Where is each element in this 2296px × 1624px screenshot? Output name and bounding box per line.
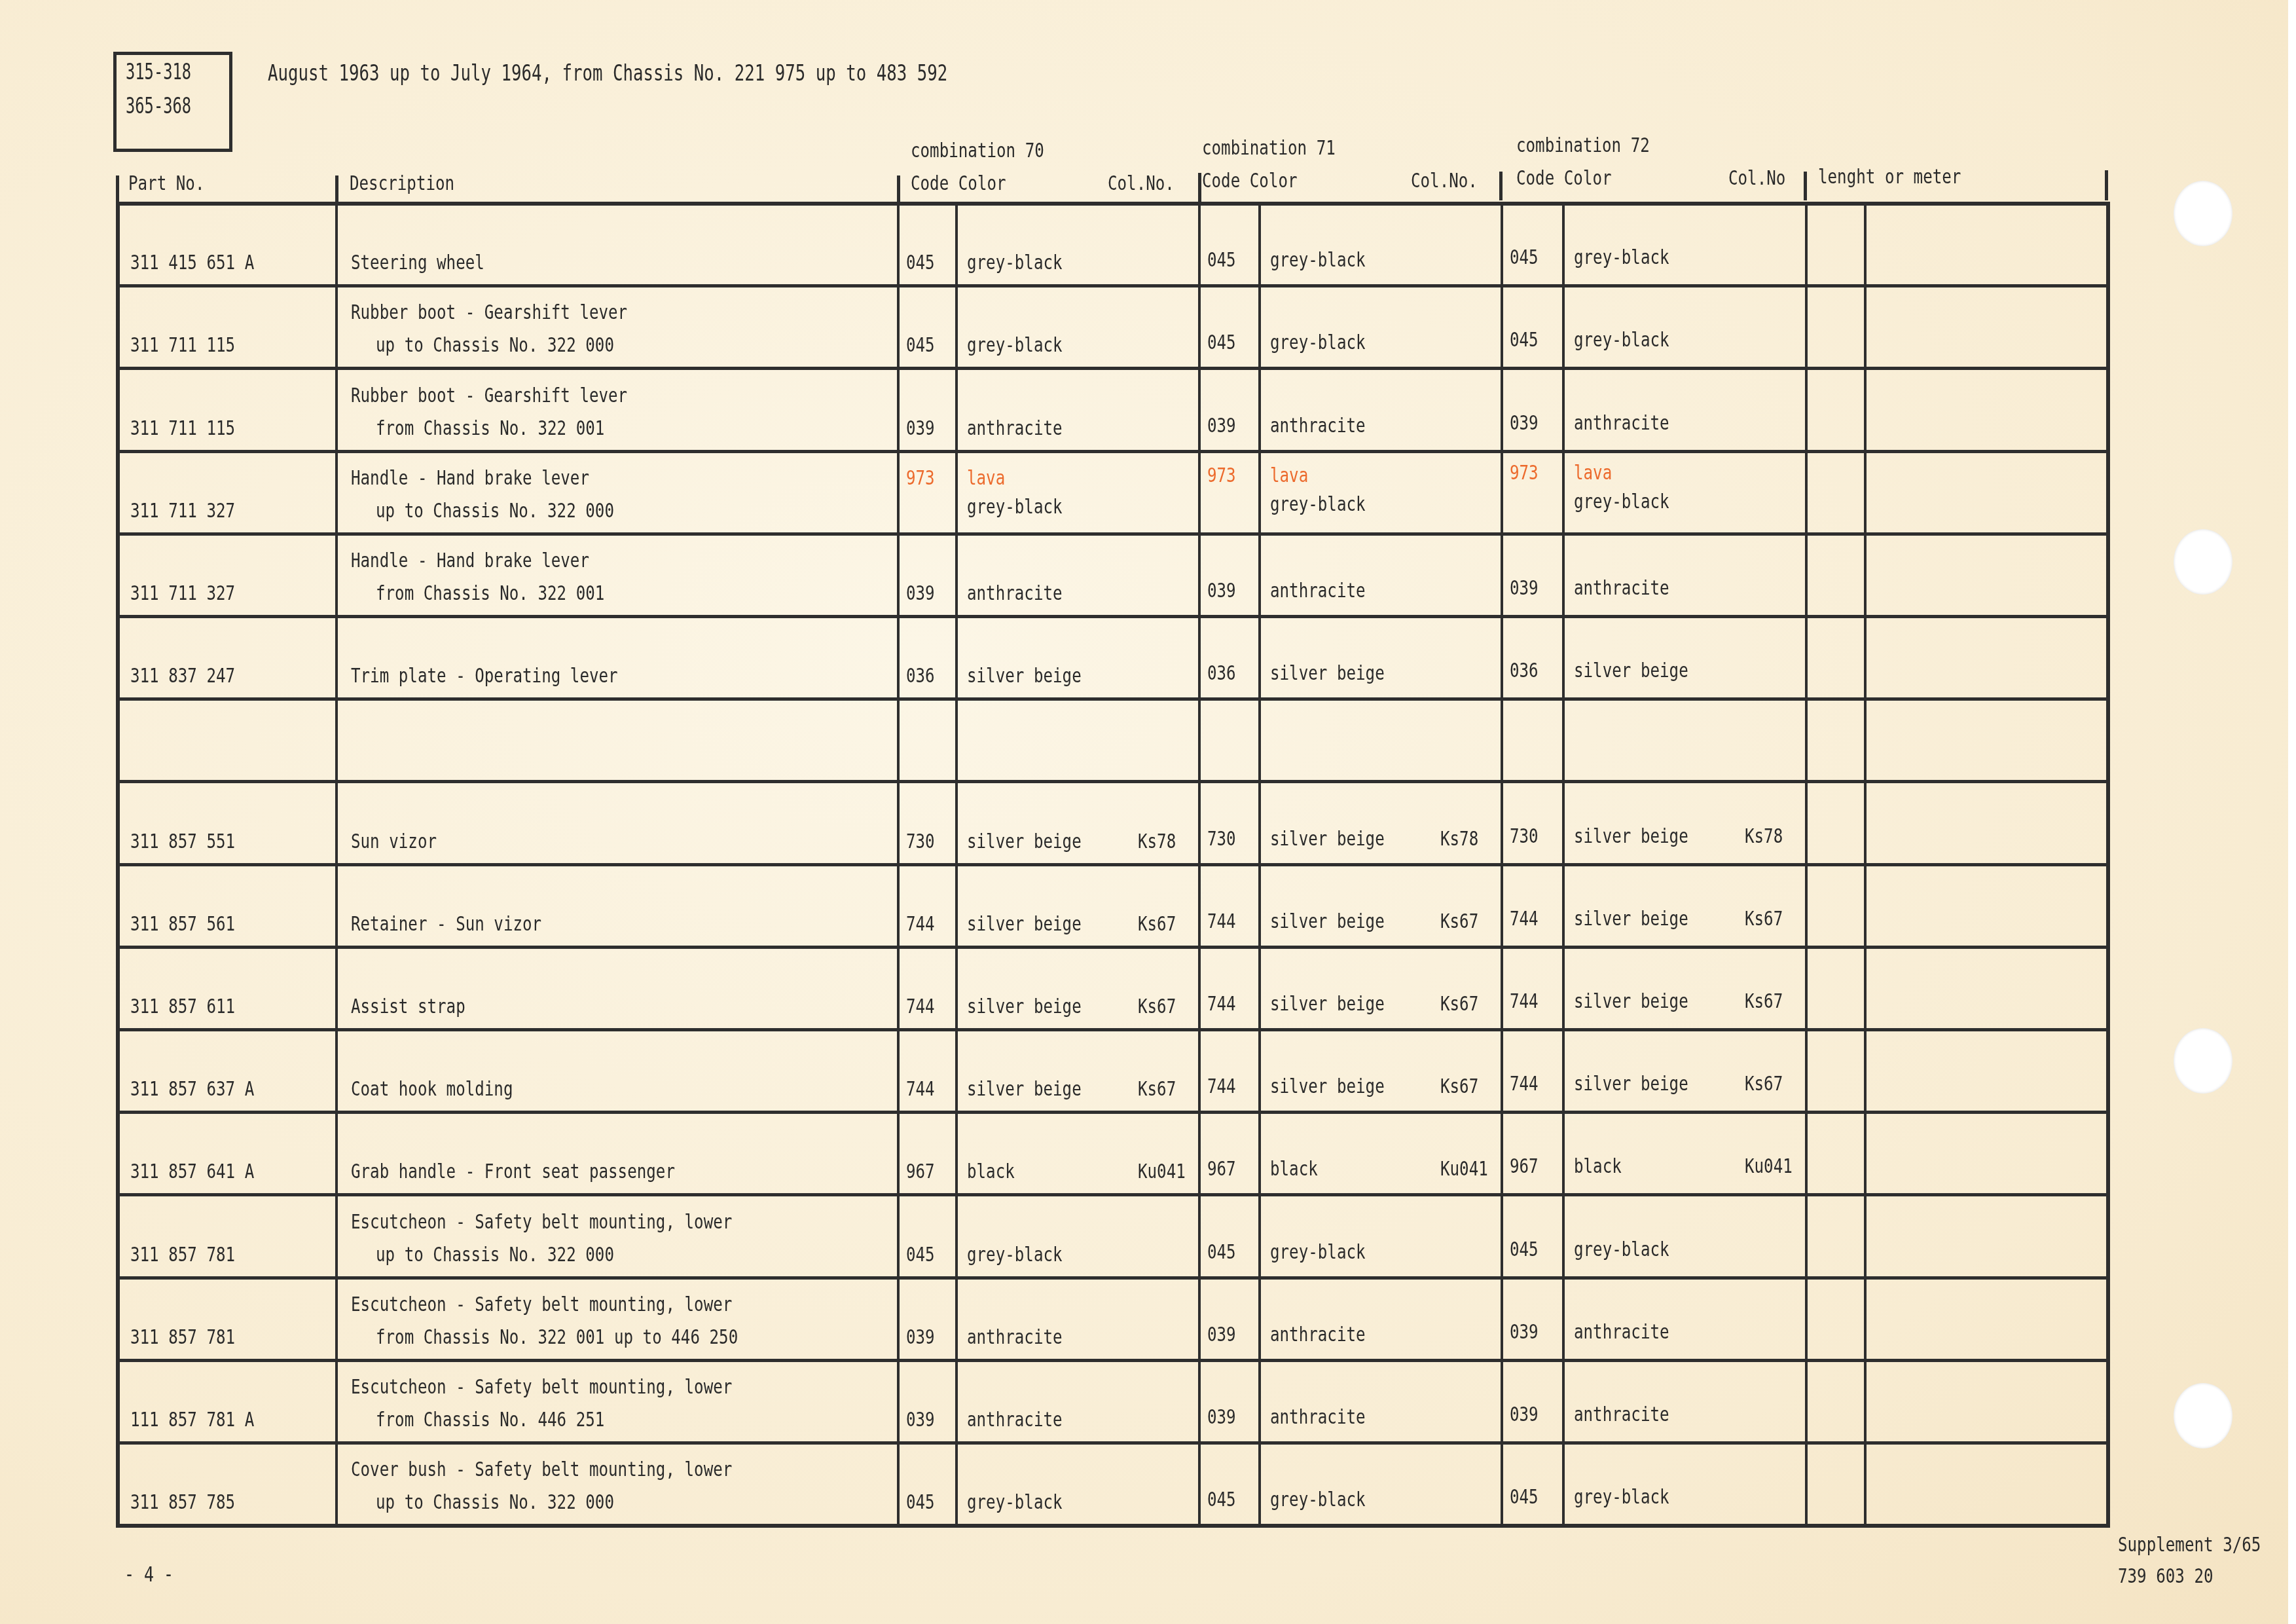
part-number: 311 711 115 [130, 329, 235, 362]
color-name: anthracite [1574, 572, 1669, 605]
color-code: 730 [906, 825, 935, 858]
color-code: 045 [906, 246, 935, 280]
color-code: 036 [1510, 654, 1539, 688]
color-code: 039 [1207, 574, 1236, 608]
color-code: 744 [1510, 902, 1539, 936]
row-divider [116, 1359, 2110, 1362]
row-divider [116, 367, 2110, 370]
color-code: 045 [1207, 326, 1236, 360]
row-divider [116, 697, 2110, 701]
color-number: Ks67 [1745, 1067, 1783, 1101]
color-name: silver beige [1270, 1070, 1385, 1103]
color-code: 967 [1207, 1153, 1236, 1186]
color-code: 045 [1207, 244, 1236, 277]
color-name: anthracite [967, 412, 1063, 445]
description: Rubber boot - Gearshift lever [351, 379, 627, 413]
part-number: 311 857 637 A [130, 1073, 254, 1106]
description-detail: from Chassis No. 322 001 [376, 412, 604, 445]
punch-hole [2174, 181, 2232, 246]
color-name: grey-black [1574, 1233, 1669, 1266]
color-number: Ks67 [1440, 905, 1478, 938]
color-code: 039 [906, 577, 935, 610]
color-name: silver beige [1574, 654, 1688, 688]
color-number: Ks78 [1138, 825, 1176, 858]
color-name: silver beige [967, 659, 1082, 693]
description: Escutcheon - Safety belt mounting, lower [351, 1371, 732, 1404]
color-number: Ku041 [1138, 1155, 1186, 1189]
color-code: 039 [1510, 1316, 1539, 1349]
description-detail: up to Chassis No. 322 000 [376, 1486, 614, 1519]
color-code: 045 [906, 329, 935, 362]
row-divider [116, 1441, 2110, 1445]
part-number: 311 711 327 [130, 494, 235, 528]
color-name: anthracite [1574, 1398, 1669, 1431]
color-code: 744 [906, 1073, 935, 1106]
part-number: 311 857 781 [130, 1238, 235, 1272]
color-name: grey-black [1270, 326, 1366, 360]
row-divider [116, 780, 2110, 783]
color-name: anthracite [1574, 407, 1669, 440]
description: Retainer - Sun vizor [351, 908, 541, 941]
part-number: 311 857 641 A [130, 1155, 254, 1189]
part-number: 311 711 327 [130, 577, 235, 610]
description: Sun vizor [351, 825, 437, 858]
color-name: anthracite [967, 1403, 1063, 1437]
row-divider [116, 202, 2110, 206]
color-number: Ks78 [1745, 820, 1783, 853]
color-code: 045 [1510, 323, 1539, 357]
footer-info: Supplement 3/65 739 603 20 [2118, 1529, 2296, 1592]
color-code: 045 [906, 1238, 935, 1272]
color-number: Ks67 [1138, 908, 1176, 941]
page-edge [2288, 0, 2296, 1624]
description: Escutcheon - Safety belt mounting, lower [351, 1206, 732, 1239]
color-number: Ks67 [1745, 985, 1783, 1018]
color-code: 744 [1510, 1067, 1539, 1101]
color-name: silver beige [1574, 1067, 1688, 1101]
color-code: 045 [906, 1486, 935, 1519]
row-divider [116, 1524, 2110, 1528]
punch-hole [2174, 1028, 2232, 1094]
part-number: 311 837 247 [130, 659, 235, 693]
color-code: 744 [906, 908, 935, 941]
color-name: grey-black [1574, 241, 1669, 274]
color-code: 039 [1510, 407, 1539, 440]
color-code: 039 [906, 1403, 935, 1437]
row-divider [116, 284, 2110, 287]
color-code: 039 [906, 1321, 935, 1354]
row-divider [116, 1193, 2110, 1196]
color-name: grey-black [1270, 1236, 1366, 1269]
description: Steering wheel [351, 246, 484, 280]
color-name: grey-black [1574, 323, 1669, 357]
color-name: silver beige [1270, 657, 1385, 690]
color-number: Ku041 [1745, 1150, 1793, 1183]
color-code: 039 [1510, 1398, 1539, 1431]
color-name: silver beige [1574, 985, 1688, 1018]
color-name: black [967, 1155, 1015, 1189]
description: Handle - Hand brake lever [351, 462, 589, 495]
color-number: Ks78 [1440, 822, 1478, 856]
color-name: grey-black [967, 1486, 1063, 1519]
color-name: silver beige [1270, 987, 1385, 1021]
color-code: 045 [1207, 1483, 1236, 1517]
description: Coat hook molding [351, 1073, 513, 1106]
description-detail: from Chassis No. 322 001 up to 446 250 [376, 1321, 738, 1354]
color-name: grey-black [967, 329, 1063, 362]
color-name: anthracite [1270, 574, 1366, 608]
description: Handle - Hand brake lever [351, 544, 589, 578]
color-name: grey-black [1574, 1481, 1669, 1514]
color-name: silver beige [967, 908, 1082, 941]
color-name: grey-black [967, 1238, 1063, 1272]
color-code: 967 [906, 1155, 935, 1189]
color-number: Ks67 [1138, 990, 1176, 1024]
color-code: 730 [1207, 822, 1236, 856]
color-code: 730 [1510, 820, 1539, 853]
description-detail: from Chassis No. 322 001 [376, 577, 604, 610]
row-divider [116, 1276, 2110, 1280]
color-number: Ks67 [1745, 902, 1783, 936]
part-number: 311 857 551 [130, 825, 235, 858]
description-detail: up to Chassis No. 322 000 [376, 329, 614, 362]
row-divider [116, 1111, 2110, 1114]
supplement-label: Supplement 3/65 [2118, 1529, 2261, 1560]
color-code: 744 [1207, 1070, 1236, 1103]
part-number: 311 857 611 [130, 990, 235, 1024]
row-divider [116, 615, 2110, 618]
description: Rubber boot - Gearshift lever [351, 296, 627, 329]
color-name-secondary: grey-black [1574, 485, 1669, 519]
description: Assist strap [351, 990, 465, 1024]
color-number: Ks67 [1138, 1073, 1176, 1106]
color-name: anthracite [967, 577, 1063, 610]
row-divider [116, 532, 2110, 536]
color-name: silver beige [967, 1073, 1082, 1106]
punch-hole [2174, 1383, 2232, 1449]
color-name: grey-black [1270, 244, 1366, 277]
document-number: 739 603 20 [2118, 1560, 2261, 1592]
page-number: - 4 - [124, 1562, 173, 1587]
color-code: 744 [906, 990, 935, 1024]
color-name: silver beige [1574, 820, 1688, 853]
part-number: 311 711 115 [130, 412, 235, 445]
color-code: 744 [1207, 905, 1236, 938]
color-code: 045 [1510, 241, 1539, 274]
color-code: 036 [906, 659, 935, 693]
color-code: 744 [1510, 985, 1539, 1018]
color-code: 036 [1207, 657, 1236, 690]
row-divider [116, 450, 2110, 453]
part-number: 311 857 781 [130, 1321, 235, 1354]
color-code: 039 [1510, 572, 1539, 605]
color-code: 045 [1510, 1481, 1539, 1514]
color-code: 039 [1207, 409, 1236, 443]
color-name: silver beige [1574, 902, 1688, 936]
part-number: 311 857 785 [130, 1486, 235, 1519]
color-code: 045 [1510, 1233, 1539, 1266]
description: Grab handle - Front seat passenger [351, 1155, 675, 1189]
row-divider [116, 1028, 2110, 1031]
color-name: silver beige [1270, 822, 1385, 856]
description: Escutcheon - Safety belt mounting, lower [351, 1288, 732, 1321]
color-code: 039 [906, 412, 935, 445]
description-detail: from Chassis No. 446 251 [376, 1403, 604, 1437]
color-code: 039 [1207, 1318, 1236, 1352]
color-name: silver beige [967, 990, 1082, 1024]
color-number: Ku041 [1440, 1153, 1488, 1186]
color-code: 967 [1510, 1150, 1539, 1183]
color-code: 973 [1510, 456, 1539, 490]
color-number: Ks67 [1440, 987, 1478, 1021]
color-name: anthracite [1270, 1401, 1366, 1434]
description: Trim plate - Operating lever [351, 659, 618, 693]
part-number: 311 857 561 [130, 908, 235, 941]
color-code: 973 [906, 462, 935, 495]
color-number: Ks67 [1440, 1070, 1478, 1103]
color-name: black [1270, 1153, 1318, 1186]
description-detail: up to Chassis No. 322 000 [376, 494, 614, 528]
part-number: 311 415 651 A [130, 246, 254, 280]
color-name: silver beige [1270, 905, 1385, 938]
color-name-secondary: grey-black [967, 490, 1063, 524]
color-code: 973 [1207, 459, 1236, 492]
description-detail: up to Chassis No. 322 000 [376, 1238, 614, 1272]
color-name: grey-black [967, 246, 1063, 280]
color-code: 045 [1207, 1236, 1236, 1269]
color-name-secondary: grey-black [1270, 488, 1366, 521]
description: Cover bush - Safety belt mounting, lower [351, 1453, 732, 1486]
color-name: black [1574, 1150, 1622, 1183]
color-name: silver beige [967, 825, 1082, 858]
part-number: 111 857 781 A [130, 1403, 254, 1437]
color-code: 039 [1207, 1401, 1236, 1434]
punch-hole [2174, 529, 2232, 595]
row-divider [116, 863, 2110, 866]
row-divider [116, 946, 2110, 949]
color-name: grey-black [1270, 1483, 1366, 1517]
color-name: anthracite [967, 1321, 1063, 1354]
color-name: anthracite [1574, 1316, 1669, 1349]
parts-table: 311 415 651 ASteering wheel045grey-black… [0, 0, 2296, 1624]
color-code: 744 [1207, 987, 1236, 1021]
color-name: anthracite [1270, 1318, 1366, 1352]
color-name: anthracite [1270, 409, 1366, 443]
